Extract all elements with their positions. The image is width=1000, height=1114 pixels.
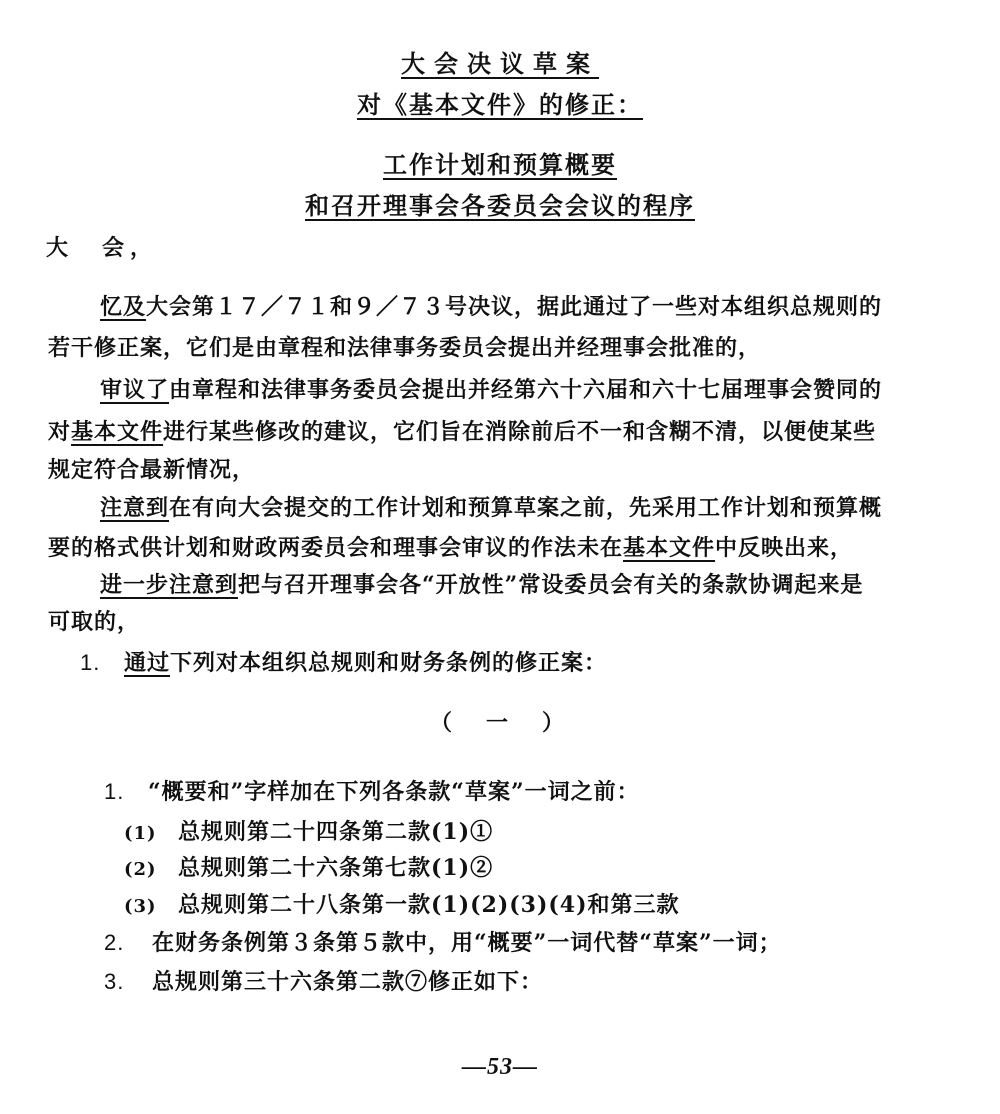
amendment-2-number: 2. — [104, 929, 152, 957]
subitem-2-text: 总规则第二十六条第七款(1)② — [178, 855, 493, 881]
preamble-3-line-2: 要的格式供计划和财政两委员会和理事会审议的作法未在基本文件中反映出来， — [48, 534, 853, 562]
amendment-3: 3.总规则第三十六条第二款⑦修正如下： — [104, 968, 543, 996]
amendment-2-text: 在财务条例第３条第５款中，用“概要”一词代替“草案”一词； — [152, 930, 782, 956]
preamble-3-text-3: 中反映出来， — [715, 535, 853, 561]
preamble-4-text: 把与召开理事会各“开放性”常设委员会有关的条款协调起来是 — [238, 572, 863, 598]
subitem-3-text: 总规则第二十八条第一款(1)(2)(3)(4)和第三款 — [178, 892, 680, 918]
section-marker: （ 一 ） — [0, 709, 1000, 737]
amendment-1-subitem-3: (3)总规则第二十八条第一款(1)(2)(3)(4)和第三款 — [124, 891, 680, 921]
page-number: —53— — [0, 1053, 1000, 1081]
basic-texts-term-2: 基本文件 — [623, 535, 715, 561]
preamble-1-lead: 忆及 — [100, 294, 146, 320]
subitem-2-label: (2) — [124, 856, 178, 884]
title-amendment: 对《基本文件》的修正： — [0, 91, 1000, 119]
amendment-1-text: “概要和”字样加在下列各条款“草案”一词之前： — [148, 779, 640, 805]
preamble-4-line-1: 进一步注意到把与召开理事会各“开放性”常设委员会有关的条款协调起来是 — [100, 571, 863, 599]
amendment-1-subitem-2: (2)总规则第二十六条第七款(1)② — [124, 854, 493, 884]
amendment-1-number: 1. — [104, 778, 148, 806]
preamble-3-lead: 注意到 — [100, 495, 169, 521]
subtitle-heading: 工作计划和预算概要 — [0, 151, 1000, 179]
addressee: 大 会， — [46, 234, 158, 262]
preamble-2-text-2: 进行某些修改的建议，它们旨在消除前后不一和含糊不清，以便使某些 — [163, 419, 876, 445]
amendment-1: 1.“概要和”字样加在下列各条款“草案”一词之前： — [104, 778, 640, 806]
amendment-3-number: 3. — [104, 968, 152, 996]
preamble-1-line-1: 忆及大会第１７／７１和９／７３号决议，据此通过了一些对本组织总规则的 — [100, 293, 882, 321]
title-line-2: 对《基本文件》的修正： — [357, 90, 643, 119]
preamble-4-line-2: 可取的， — [48, 608, 140, 636]
title-line-1: 大会决议草案 — [401, 49, 599, 78]
preamble-3-line-1: 注意到在有向大会提交的工作计划和预算草案之前，先采用工作计划和预算概 — [100, 494, 882, 522]
basic-texts-term: 基本文件 — [71, 419, 163, 445]
operative-1-text: 下列对本组织总规则和财务条例的修正案： — [170, 650, 607, 676]
preamble-3-text: 在有向大会提交的工作计划和预算草案之前，先采用工作计划和预算概 — [169, 495, 882, 521]
operative-1-number: 1. — [80, 649, 124, 677]
subitem-3-label: (3) — [124, 893, 178, 921]
preamble-2-line-1: 审议了由章程和法律事务委员会提出并经第六十六届和六十七届理事会赞同的 — [100, 376, 882, 404]
preamble-2-prefix: 对 — [48, 419, 71, 445]
preamble-4-lead: 进一步注意到 — [100, 572, 238, 598]
subitem-1-label: (1) — [124, 820, 178, 848]
subtitle-line-1: 工作计划和预算概要 — [383, 150, 617, 179]
preamble-2-lead: 审议了 — [100, 377, 169, 403]
amendment-3-text: 总规则第三十六条第二款⑦修正如下： — [152, 969, 543, 995]
subtitle-line-2: 和召开理事会各委员会会议的程序 — [305, 191, 695, 220]
subitem-1-text: 总规则第二十四条第二款(1)① — [178, 819, 493, 845]
operative-1: 1.通过下列对本组织总规则和财务条例的修正案： — [80, 649, 607, 677]
preamble-1-line-2: 若干修正案，它们是由章程和法律事务委员会提出并经理事会批准的， — [48, 334, 761, 362]
title-heading: 大会决议草案 — [0, 50, 1000, 78]
amendment-1-subitem-1: (1)总规则第二十四条第二款(1)① — [124, 818, 493, 848]
amendment-2: 2.在财务条例第３条第５款中，用“概要”一词代替“草案”一词； — [104, 929, 782, 957]
preamble-1-text: 大会第１７／７１和９／７３号决议，据此通过了一些对本组织总规则的 — [146, 294, 882, 320]
preamble-2-line-2: 对基本文件进行某些修改的建议，它们旨在消除前后不一和含糊不清，以便使某些 — [48, 418, 876, 446]
preamble-2-text: 由章程和法律事务委员会提出并经第六十六届和六十七届理事会赞同的 — [169, 377, 882, 403]
preamble-2-line-3: 规定符合最新情况， — [48, 456, 255, 484]
subtitle-heading-2: 和召开理事会各委员会会议的程序 — [0, 192, 1000, 220]
preamble-3-text-2: 要的格式供计划和财政两委员会和理事会审议的作法未在 — [48, 535, 623, 561]
operative-1-lead: 通过 — [124, 650, 170, 676]
